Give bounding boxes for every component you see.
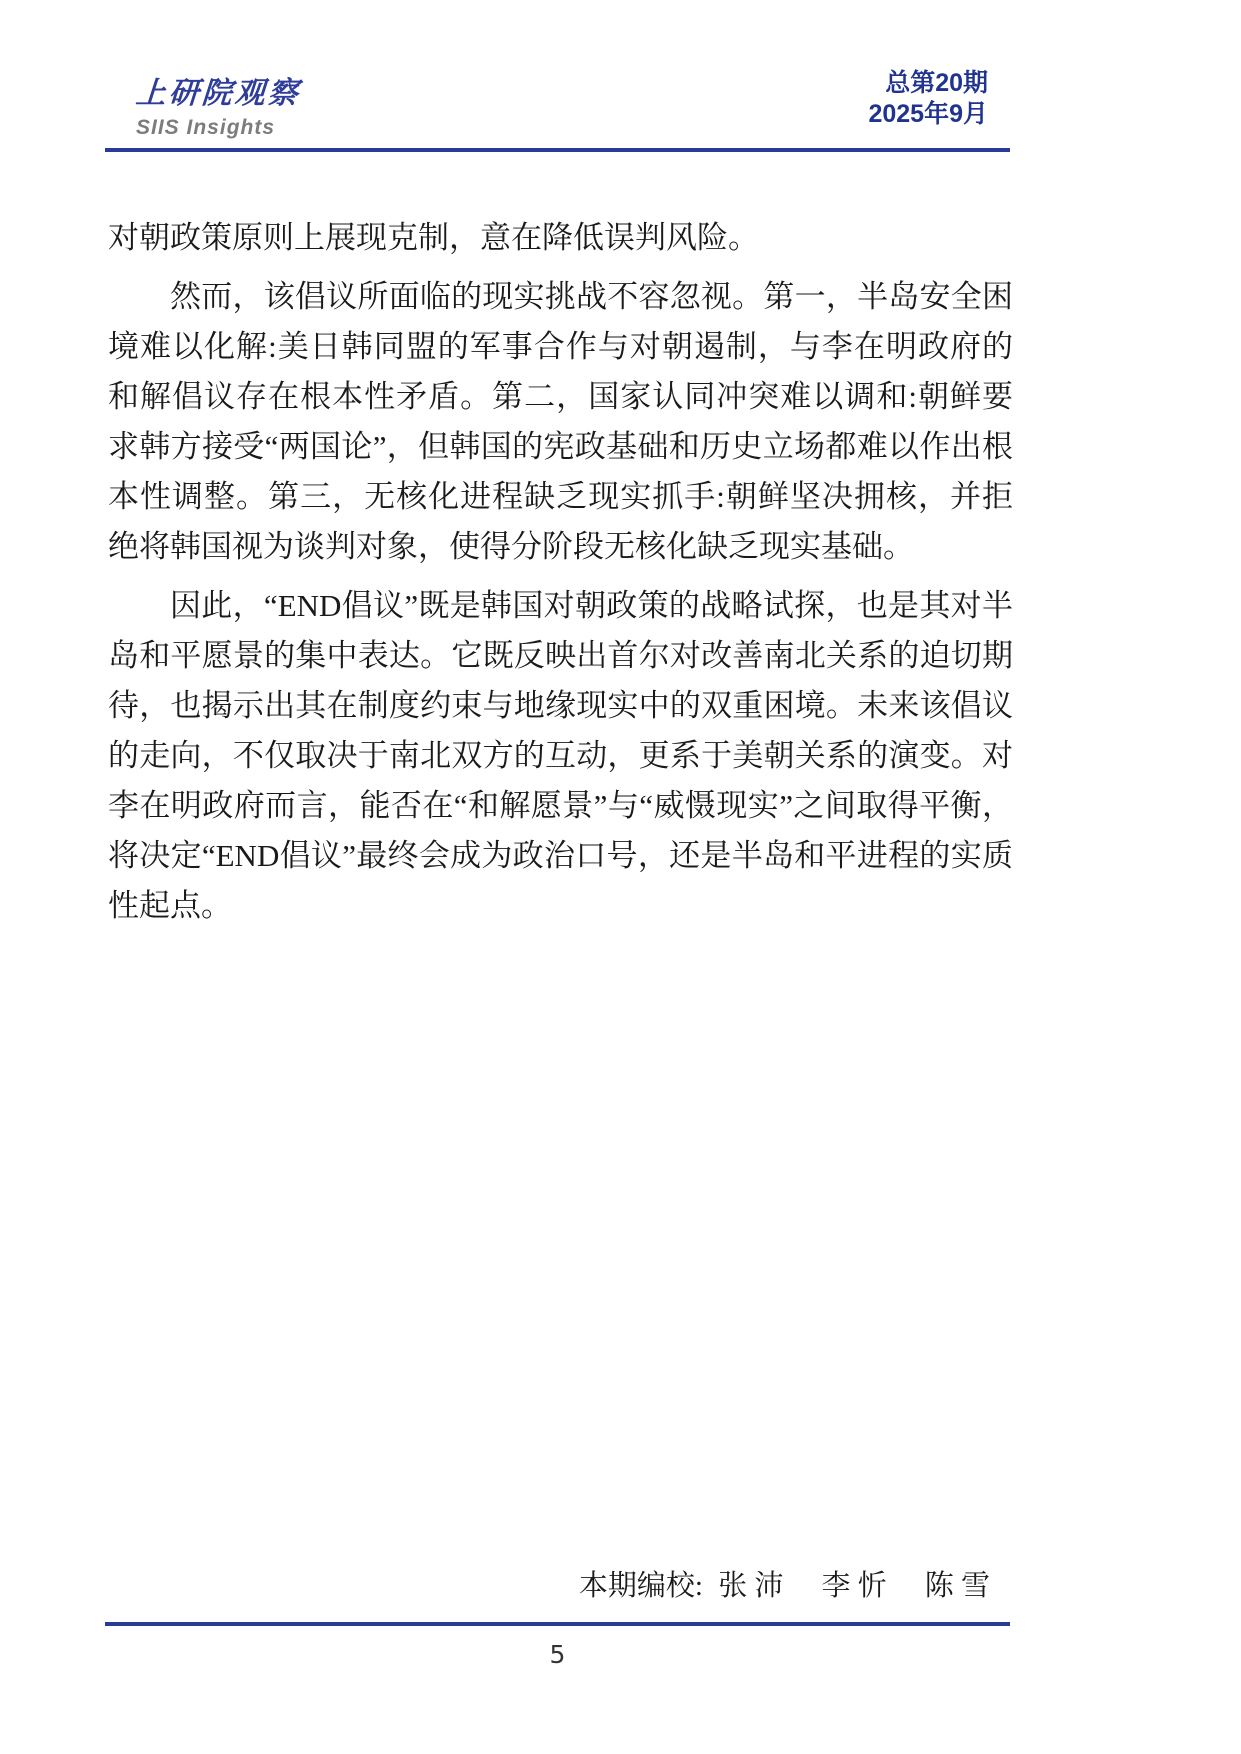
- header-divider-rule: [105, 148, 1010, 152]
- issue-date: 2025年9月: [868, 99, 988, 130]
- paragraph-challenges: 然而，该倡议所面临的现实挑战不容忽视。第一，半岛安全困境难以化解:美日韩同盟的军…: [108, 272, 1013, 572]
- editor-name: 李 忻: [821, 1570, 886, 1602]
- publication-title-chinese: 上研院观察: [134, 68, 302, 112]
- paragraph-conclusion: 因此，“END倡议”既是韩国对朝政策的战略试探，也是其对半岛和平愿景的集中表达。…: [108, 581, 1013, 931]
- page-number: 5: [105, 1640, 1010, 1669]
- publication-logo: 上研院观察 SIIS Insights: [136, 68, 301, 140]
- document-page: 上研院观察 SIIS Insights 总第20期 2025年9月 对朝政策原则…: [0, 0, 1241, 1754]
- editor-name: 陈 雪: [925, 1570, 990, 1602]
- editors-line: 本期编校: 张 沛李 忻陈 雪: [579, 1563, 990, 1604]
- paragraph-continuation: 对朝政策原则上展现克制，意在降低误判风险。: [108, 213, 1013, 263]
- issue-info: 总第20期 2025年9月: [868, 68, 988, 130]
- article-body: 对朝政策原则上展现克制，意在降低误判风险。 然而，该倡议所面临的现实挑战不容忽视…: [108, 213, 1013, 940]
- publication-title-english: SIIS Insights: [136, 116, 301, 140]
- footer-divider-rule: [105, 1622, 1010, 1626]
- editor-name: 张 沛: [718, 1570, 783, 1602]
- issue-number: 总第20期: [868, 68, 988, 99]
- editors-label: 本期编校:: [579, 1570, 710, 1602]
